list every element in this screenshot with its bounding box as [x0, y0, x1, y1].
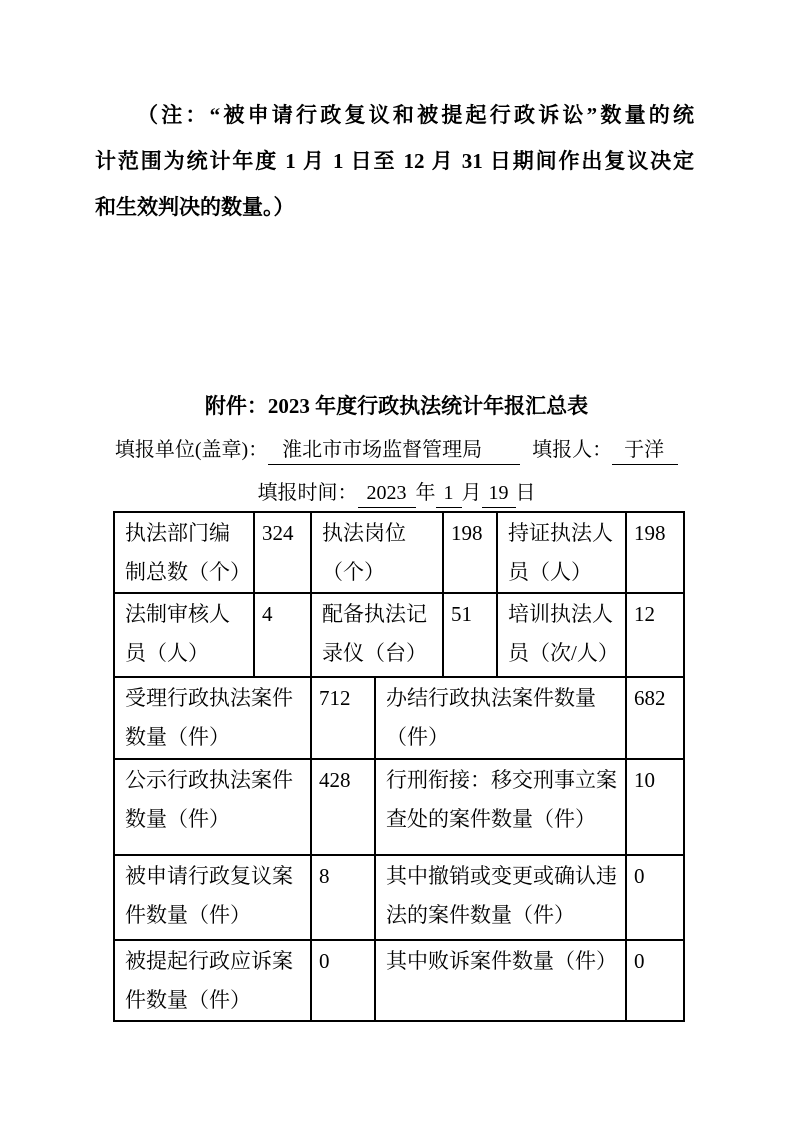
- stat-value-cell: 10: [626, 759, 684, 855]
- note-line-1: （注：“被申请行政复议和被提起行政诉讼”数量的统: [95, 92, 694, 138]
- stat-value-cell: 0: [626, 940, 684, 1021]
- stat-label-cell: 配备执法记录仪（台）: [311, 593, 443, 677]
- stat-value-cell: 198: [443, 512, 497, 593]
- form-date-month: 1: [436, 481, 462, 508]
- stat-value-cell: 682: [626, 677, 684, 759]
- form-date-label: 填报时间：: [258, 482, 358, 504]
- form-unit-label: 填报单位(盖章)：: [115, 439, 268, 461]
- stat-label-cell: 被提起行政应诉案件数量（件）: [114, 940, 311, 1021]
- stat-value-cell: 4: [254, 593, 311, 677]
- note-line-3: 和生效判决的数量。）: [95, 184, 694, 230]
- stat-label-cell: 执法岗位（个）: [311, 512, 443, 593]
- form-date-year: 2023: [358, 481, 416, 508]
- stat-value-cell: 198: [626, 512, 684, 593]
- stat-label-cell: 培训执法人员（次/人）: [497, 593, 626, 677]
- document-page: （注：“被申请行政复议和被提起行政诉讼”数量的统 计范围为统计年度 1 月 1 …: [0, 0, 793, 1122]
- stat-value-cell: 0: [311, 940, 375, 1021]
- stat-label-cell: 其中撤销或变更或确认违法的案件数量（件）: [375, 855, 626, 940]
- stat-value-cell: 51: [443, 593, 497, 677]
- table-row: 受理行政执法案件数量（件） 712 办结行政执法案件数量（件） 682: [114, 677, 684, 759]
- stats-table-lower: 受理行政执法案件数量（件） 712 办结行政执法案件数量（件） 682 公示行政…: [113, 676, 685, 1022]
- stat-value-cell: 0: [626, 855, 684, 940]
- attachment-title: 附件：2023 年度行政执法统计年报汇总表: [0, 391, 793, 422]
- stat-label-cell: 其中败诉案件数量（件）: [375, 940, 626, 1021]
- form-date-day: 19: [482, 481, 516, 508]
- stat-value-cell: 428: [311, 759, 375, 855]
- form-reporter-value: 于洋: [612, 438, 678, 465]
- stat-label-cell: 行刑衔接：移交刑事立案查处的案件数量（件）: [375, 759, 626, 855]
- stats-table-upper: 执法部门编制总数（个） 324 执法岗位（个） 198 持证执法人员（人） 19…: [113, 511, 685, 678]
- table-row: 公示行政执法案件数量（件） 428 行刑衔接：移交刑事立案查处的案件数量（件） …: [114, 759, 684, 855]
- form-date-line: 填报时间：2023年1月19日: [0, 478, 793, 508]
- stat-label-cell: 公示行政执法案件数量（件）: [114, 759, 311, 855]
- form-date-day-unit: 日: [516, 482, 536, 504]
- table-row: 法制审核人员（人） 4 配备执法记录仪（台） 51 培训执法人员（次/人） 12: [114, 593, 684, 677]
- stat-label-cell: 执法部门编制总数（个）: [114, 512, 254, 593]
- stat-value-cell: 324: [254, 512, 311, 593]
- stat-value-cell: 712: [311, 677, 375, 759]
- form-date-month-unit: 月: [462, 482, 482, 504]
- stat-value-cell: 12: [626, 593, 684, 677]
- stats-table: 执法部门编制总数（个） 324 执法岗位（个） 198 持证执法人员（人） 19…: [113, 511, 685, 1022]
- note-line-2: 计范围为统计年度 1 月 1 日至 12 月 31 日期间作出复议决定: [95, 138, 694, 184]
- stat-label-cell: 被申请行政复议案件数量（件）: [114, 855, 311, 940]
- note-paragraph: （注：“被申请行政复议和被提起行政诉讼”数量的统 计范围为统计年度 1 月 1 …: [95, 92, 694, 230]
- form-unit-value: 淮北市市场监督管理局: [268, 438, 520, 465]
- stat-label-cell: 法制审核人员（人）: [114, 593, 254, 677]
- stat-label-cell: 办结行政执法案件数量（件）: [375, 677, 626, 759]
- table-row: 被申请行政复议案件数量（件） 8 其中撤销或变更或确认违法的案件数量（件） 0: [114, 855, 684, 940]
- stat-value-cell: 8: [311, 855, 375, 940]
- table-row: 执法部门编制总数（个） 324 执法岗位（个） 198 持证执法人员（人） 19…: [114, 512, 684, 593]
- form-unit-line: 填报单位(盖章)：淮北市市场监督管理局填报人：于洋: [0, 435, 793, 465]
- form-date-year-unit: 年: [416, 482, 436, 504]
- stat-label-cell: 受理行政执法案件数量（件）: [114, 677, 311, 759]
- form-reporter-label: 填报人：: [532, 439, 612, 461]
- table-row: 被提起行政应诉案件数量（件） 0 其中败诉案件数量（件） 0: [114, 940, 684, 1021]
- stat-label-cell: 持证执法人员（人）: [497, 512, 626, 593]
